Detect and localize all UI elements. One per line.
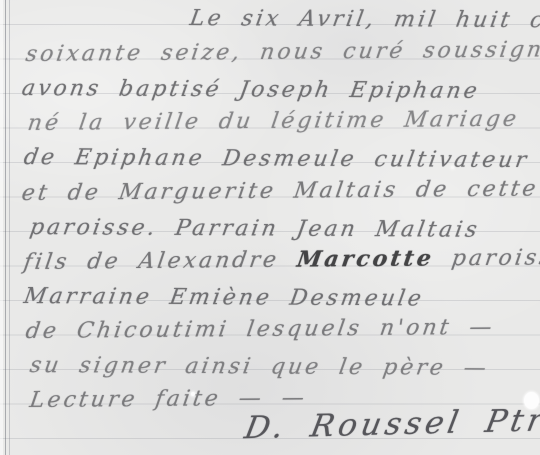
paper-speck — [451, 166, 454, 169]
manuscript-line-8-after: paroisse — [432, 245, 540, 271]
paper-speck — [524, 392, 539, 409]
page-left-edge — [0, 0, 3, 455]
manuscript-line-4: né la veille du légitime Mariage — [26, 107, 521, 136]
manuscript-line-3: avons baptisé Joseph Epiphane — [20, 76, 482, 104]
manuscript-line-9: Marraine Emiène Desmeule — [22, 284, 426, 311]
manuscript-line-6: et de Marguerite Maltais de cette — [20, 176, 540, 206]
margin-rule — [5, 0, 10, 455]
manuscript-line-2: soixante seize, nous curé soussigné — [24, 37, 540, 67]
priest-signature: D. Roussel Ptre — [242, 402, 540, 446]
manuscript-line-5: de Epiphane Desmeule cultivateur — [22, 145, 531, 173]
manuscript-line-7: paroisse. Parrain Jean Maltais — [28, 215, 482, 243]
manuscript-line-1: Le six Avril, mil huit cent — [188, 6, 540, 33]
manuscript-line-8-overwritten-word: Marcotte — [295, 245, 436, 272]
paper-speck — [191, 392, 195, 396]
register-page: Le six Avril, mil huit cent soixante sei… — [0, 0, 540, 455]
manuscript-line-8-before: fils de Alexandre — [22, 248, 299, 275]
manuscript-line-11: su signer ainsi que le père — — [28, 353, 491, 381]
manuscript-line-8: fils de Alexandre Marcotte paroisse — [22, 244, 540, 275]
manuscript-line-10: de Chicoutimi lesquels n'ont — — [24, 315, 496, 344]
